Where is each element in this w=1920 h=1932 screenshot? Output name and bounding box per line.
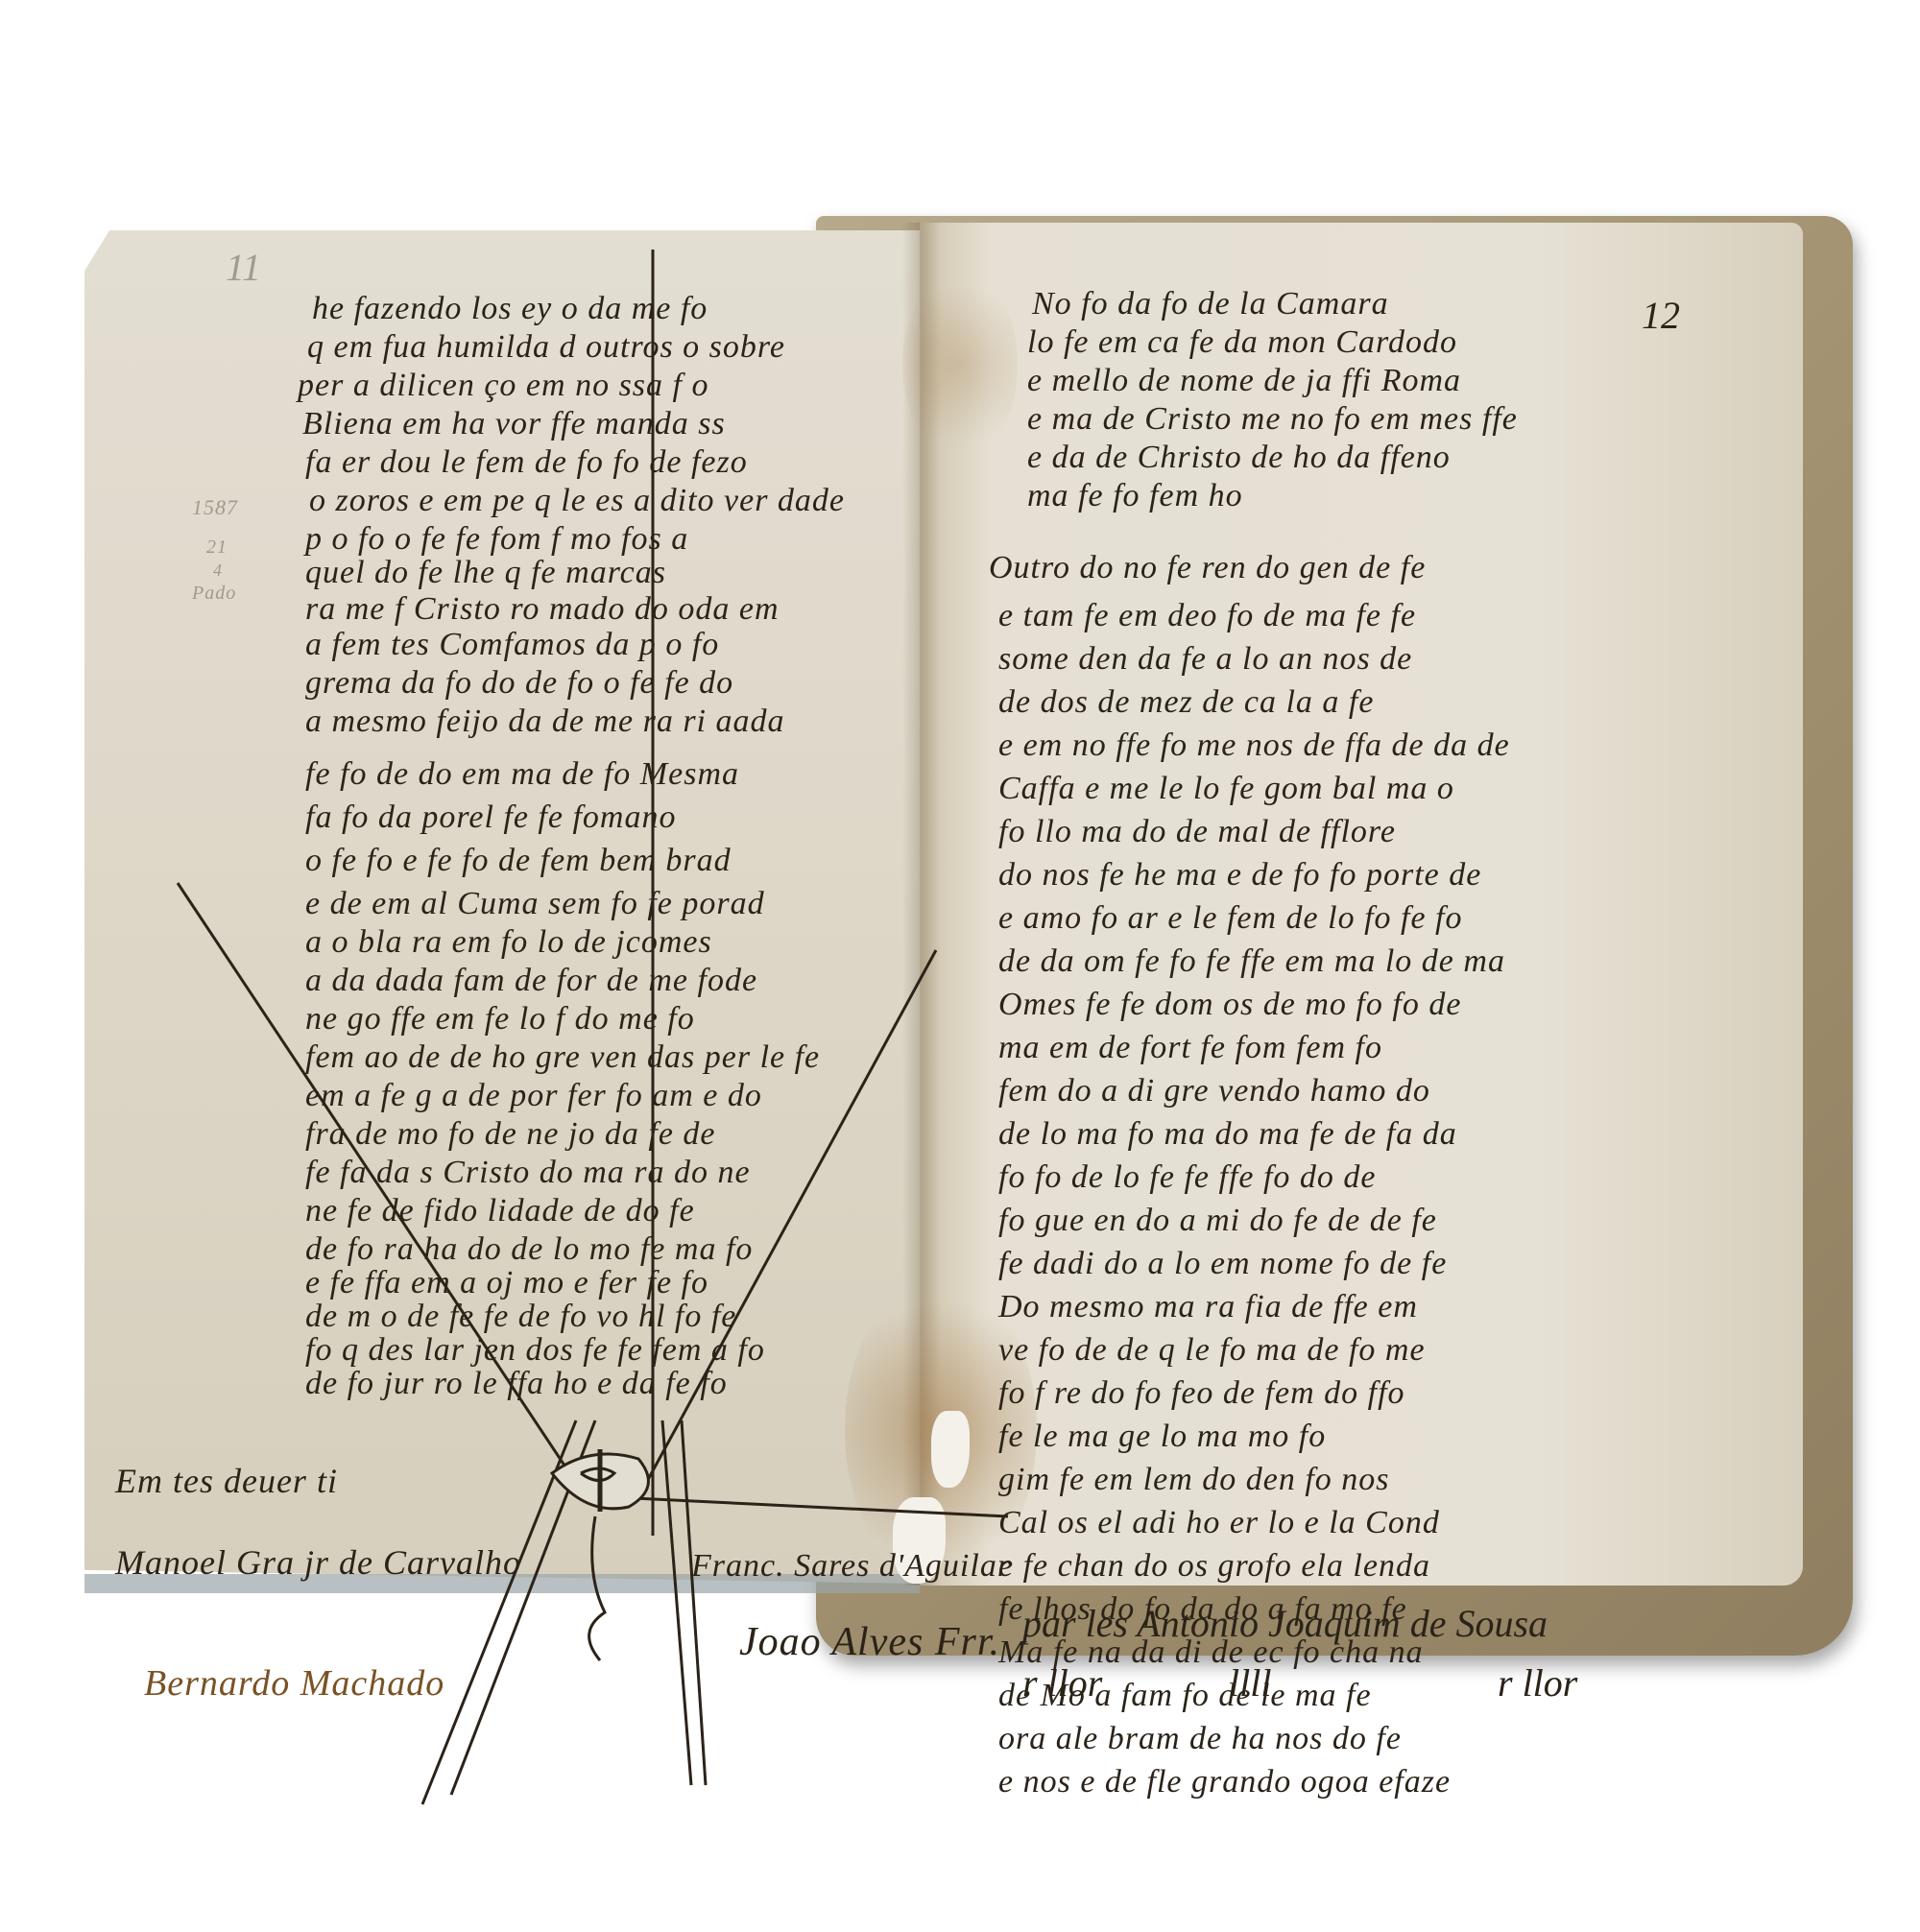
text-line: Omes fe fe dom os de mo fo fo de — [998, 989, 1461, 1021]
text-line: e ma de Cristo me no fo em mes ffe — [1027, 403, 1518, 436]
text-line: do nos fe he ma e de fo fo porte de — [998, 859, 1481, 892]
text-line: lo fe em ca fe da mon Cardodo — [1027, 326, 1457, 359]
text-line: e amo fo ar e le fem de lo fo fe fo — [998, 902, 1463, 935]
text-line: fo llo ma do de mal de fflore — [998, 816, 1396, 848]
text-line: ma em de fort fe fom fem fo — [998, 1032, 1382, 1064]
text-line: de da om fe fo fe ffe em ma lo de ma — [998, 945, 1505, 978]
text-line: fo fo de lo fe fe ffe fo do de — [998, 1161, 1377, 1194]
text-line: fem do a di gre vendo hamo do — [998, 1075, 1430, 1108]
text-line: de lo ma fo ma do ma fe de fa da — [998, 1118, 1457, 1151]
text-line: e fe chan do os grofo ela lenda — [998, 1550, 1430, 1583]
text-line: e tam fe em deo fo de ma fe fe — [998, 600, 1416, 632]
notarial-sign-drawing — [0, 0, 1920, 1932]
text-line: Do mesmo ma ra fia de ffe em — [998, 1291, 1418, 1324]
text-line: gim fe em lem do den fo nos — [998, 1464, 1390, 1496]
text-line: e em no ffe fo me nos de ffa de da de — [998, 729, 1510, 762]
text-line: ve fo de de q le fo ma de fo me — [998, 1334, 1426, 1367]
text-line: e mello de nome de ja ffi Roma — [1027, 365, 1461, 397]
text-line: Outro do no fe ren do gen de fe — [989, 552, 1426, 584]
text-line: Cal os el adi ho er lo e la Cond — [998, 1507, 1440, 1539]
cover-mark: llll — [1229, 1660, 1271, 1705]
text-line: e da de Christo de ho da ffeno — [1027, 441, 1451, 474]
cover-mark: r llor — [1498, 1660, 1577, 1705]
manuscript-photo: 11 12 1587 21 4 Pado he fazendo los ey o… — [0, 0, 1920, 1932]
text-line: ora ale bram de ha nos do fe — [998, 1723, 1402, 1755]
cover-mark: r llor — [1022, 1660, 1102, 1705]
text-line: e nos e de fle grando ogoa efaze — [998, 1766, 1451, 1799]
cover-inscription: par les Antonio Joaquim de Sousa — [1022, 1601, 1548, 1646]
text-line: ma fe fo fem ho — [1027, 480, 1243, 513]
text-line: fe le ma ge lo ma mo fo — [998, 1420, 1326, 1453]
text-line: fe dadi do a lo em nome fo de fe — [998, 1248, 1447, 1280]
text-line: some den da fe a lo an nos de — [998, 643, 1412, 676]
text-line: Caffa e me le lo fe gom bal ma o — [998, 773, 1454, 805]
text-line: fo f re do fo feo de fem do ffo — [998, 1377, 1405, 1410]
text-line: fo gue en do a mi do fe de de fe — [998, 1205, 1437, 1237]
text-line: No fo da fo de la Camara — [1032, 288, 1389, 321]
text-line: de dos de mez de ca la a fe — [998, 686, 1374, 719]
